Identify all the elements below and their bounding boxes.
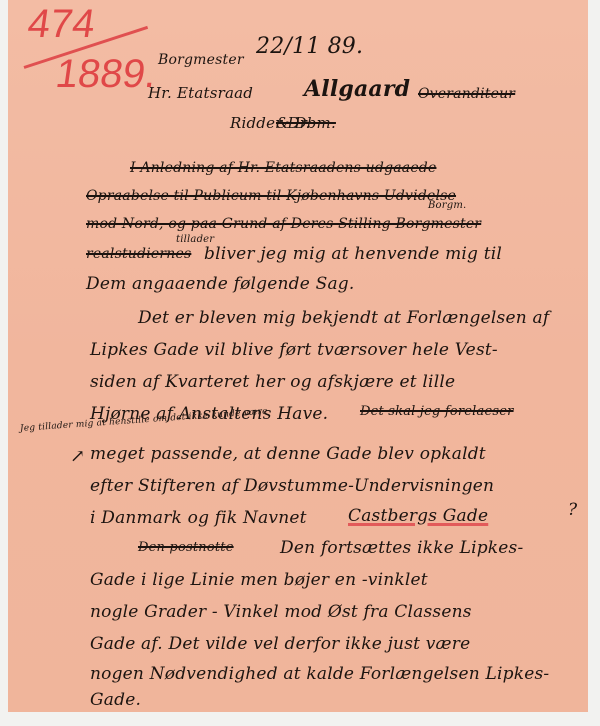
body-line-14: nogen Nødvendighed at kalde Forlængelsen… (90, 664, 549, 684)
struck-line-3: mod Nord, og paa Grund af Deres Stilling… (86, 216, 481, 232)
struck-end: Det skal jeg forelaeser (360, 404, 514, 419)
proposed-street-name: Castbergs Gade (348, 506, 488, 526)
body-line-2: Dem angaaende følgende Sag. (86, 274, 354, 294)
body-line-3: Det er bleven mig bekjendt at Forlængels… (138, 308, 549, 328)
insert-note: Borgm. (428, 200, 466, 211)
body-line-7: meget passende, at denne Gade blev opkal… (90, 444, 486, 464)
body-line-13: Gade af. Det vilde vel derfor ikke just … (90, 634, 470, 654)
insert-arrow-icon: ↗ (70, 446, 85, 467)
question-mark: ? (568, 500, 577, 520)
struck-honorific: & Dbm. (276, 114, 336, 132)
salutation-title: Hr. Etatsraad (148, 84, 253, 102)
body-line-8: efter Stifteren af Døvstumme-Undervisnin… (90, 476, 494, 496)
letter-date: 22/11 89. (256, 34, 363, 59)
struck-line-2: Opraabelse til Publicum til Kjøbenhavns … (86, 188, 456, 204)
salutation-line-1: Borgmester (158, 52, 244, 68)
letter-page: 474 1889. 22/11 89. Borgmester Hr. Etats… (8, 0, 588, 712)
body-line-5: siden af Kvarteret her og afskjære et li… (90, 372, 455, 392)
archive-year: 1889. (53, 52, 159, 97)
struck-line-1: I Anledning af Hr. Etatsraadens udgaaede (130, 160, 436, 176)
struck-line-4: realstudiernes (86, 246, 191, 262)
struck-start: Den postnotte (138, 540, 234, 555)
archive-number: 474 (25, 2, 98, 47)
struck-title: Overanditeur (418, 86, 515, 102)
body-line-10: Den fortsættes ikke Lipkes- (280, 538, 523, 558)
body-line-1: bliver jeg mig at henvende mig til (204, 244, 502, 264)
body-line-15: Gade. (90, 690, 141, 710)
body-line-11: Gade i lige Linie men bøjer en -vinklet (90, 570, 428, 590)
recipient-name: Allgaard (304, 76, 410, 102)
body-line-4: Lipkes Gade vil blive ført tværsover hel… (90, 340, 498, 360)
body-line-12: nogle Grader - Vinkel mod Øst fra Classe… (90, 602, 472, 622)
body-line-9: i Danmark og fik Navnet (90, 508, 307, 528)
